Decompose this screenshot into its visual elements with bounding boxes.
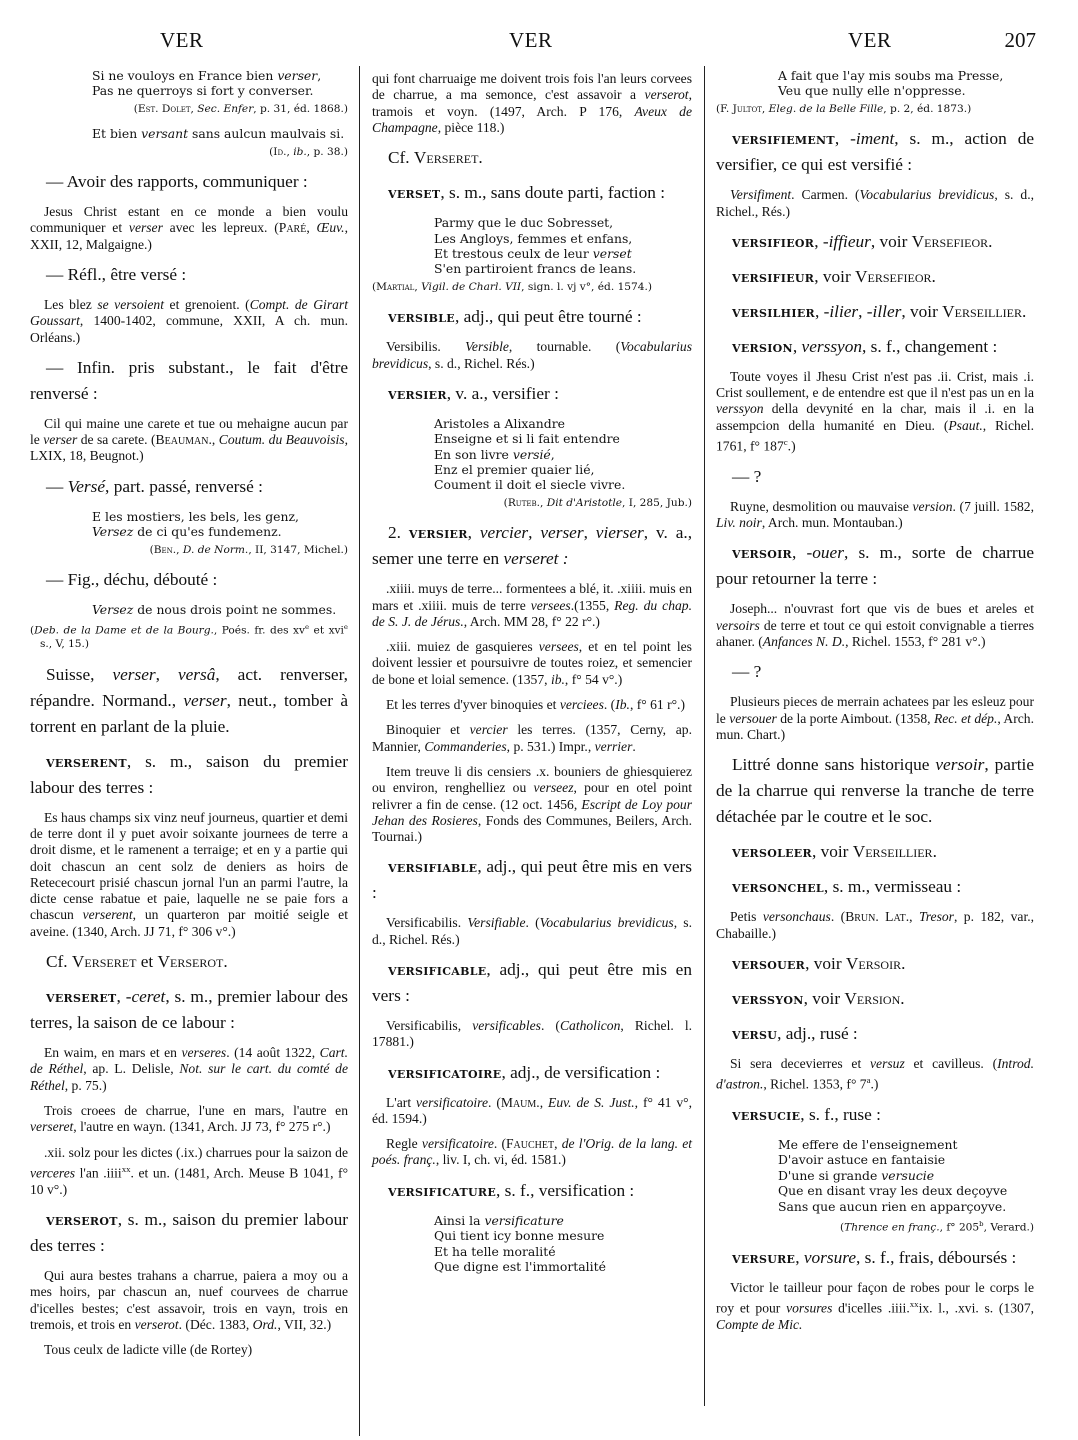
text-run: et xvi <box>309 625 344 637</box>
text-run: Toute voyes il Jhesu Crist n'est pas .ii… <box>716 369 1034 400</box>
citation: Ruyne, desmolition ou mauvaise version. … <box>716 499 1034 532</box>
italic-text: versant <box>141 126 188 141</box>
text-run: En waim, en mars et en <box>44 1045 181 1060</box>
text-run: . <box>223 952 227 971</box>
text-run: , <box>835 129 850 148</box>
citation: Versificabilis, versificables. (Catholic… <box>372 1018 692 1051</box>
text-run: , <box>814 232 823 251</box>
text-run: , pièce 118.) <box>438 120 505 135</box>
text-run: et grenoient. ( <box>164 297 250 312</box>
text-run: Et les terres d'yver binoquies et <box>386 697 560 712</box>
italic-text: Eleg. de la Belle Fille <box>769 103 884 115</box>
definition: VERSONCHEL, s. m., vermisseau : <box>716 874 1034 900</box>
definition: VERSIFICATOIRE, adj., de versification : <box>372 1060 692 1086</box>
italic-text: versuz <box>870 1056 905 1071</box>
cross-reference: Versefieor <box>855 267 932 286</box>
citation: Les blez se versoient et grenoient. (Com… <box>30 297 348 346</box>
text-run: Que digne est l'immortalité <box>434 1259 606 1274</box>
column-left: Si ne vouloys en France bien verser,Pas … <box>30 64 348 1367</box>
text-run: , <box>815 302 824 321</box>
source-reference: (Id., ib., p. 38.) <box>30 146 348 159</box>
text-run: , s. f., frais, déboursés : <box>856 1248 1016 1267</box>
text-run: , adj., qui peut être tourné : <box>455 307 642 326</box>
italic-text: -iller <box>867 302 902 321</box>
text-run: , <box>540 497 547 509</box>
text-run: — Fig., déchu, débouté : <box>46 570 217 589</box>
italic-text: vercier <box>470 722 508 737</box>
headword: VERSET <box>388 183 440 202</box>
text-run: Enz el premier quaier lié, <box>434 462 594 477</box>
text-run: Joseph... n'ouvrast fort que vis de bues… <box>730 601 1034 616</box>
cross-reference: Brun. Lat. <box>845 909 909 924</box>
verse-line: Parmy que le duc Sobresset, <box>434 215 692 230</box>
citation: .xiiii. muys de terre... formentees a bl… <box>372 581 692 630</box>
headword: VERSIFIEUR <box>732 267 814 286</box>
text-run: Ainsi la <box>434 1213 484 1228</box>
text-run: . ( <box>831 909 845 924</box>
text-run: En son livre <box>434 447 513 462</box>
definition: — Versé, part. passé, renversé : <box>30 474 348 500</box>
cross-reference: Ruteb. <box>508 497 540 509</box>
superscript: e <box>344 623 348 631</box>
text-run: , <box>795 1248 804 1267</box>
definition: VERSET, s. m., sans doute parti, faction… <box>372 180 692 206</box>
italic-text: verserot <box>135 1317 179 1332</box>
headword: VERSIFICABLE <box>388 960 486 979</box>
italic-text: Sec. Enfer <box>197 103 253 115</box>
citation: Versifiment. Carmen. (Vocabularius brevi… <box>716 187 1034 220</box>
column-middle: qui font charruaige me doivent trois foi… <box>372 64 692 1278</box>
text-run: , Arch. mun. Montauban.) <box>762 515 903 530</box>
italic-text: ib. <box>551 672 565 687</box>
verse-line: Sans que aucun rien en apparçoyve. <box>778 1199 1034 1214</box>
cross-reference: Maum. <box>501 1095 540 1110</box>
source-reference: (Deb. de la Dame et de la Bourg., Poés. … <box>30 621 348 651</box>
text-run: , <box>317 68 321 83</box>
text-run: Qui tient icy bonne mesure <box>434 1228 604 1243</box>
italic-text: versees <box>531 598 571 613</box>
italic-text: Thrence en franç. <box>844 1221 940 1233</box>
italic-text: se versoient <box>97 297 164 312</box>
definition: VERSIFIEOR, -iffieur, voir Versefieor. <box>716 229 1034 255</box>
cross-reference: Verseret <box>72 952 136 971</box>
verse-quotation: Si ne vouloys en France bien verser,Pas … <box>30 68 348 99</box>
italic-text: Commanderies <box>424 739 506 754</box>
citation: Et les terres d'yver binoquies et vercie… <box>372 697 692 713</box>
text-run: Si ne vouloys en France bien <box>92 68 277 83</box>
text-run: . <box>1022 302 1026 321</box>
italic-text: verser <box>112 665 155 684</box>
text-run: Parmy que le duc Sobresset, <box>434 215 613 230</box>
italic-text: vierser <box>596 523 644 542</box>
italic-text: versificatoire <box>416 1095 488 1110</box>
verse-line: D'une si grande versucie <box>778 1168 1034 1183</box>
verse-quotation: Versez de nous drois point ne sommes. <box>30 602 348 617</box>
verse-line: Et bien versant sans aulcun maulvais si. <box>92 126 348 141</box>
source-reference: (Ben., D. de Norm., II, 3147, Michel.) <box>30 544 348 557</box>
text-run: , f° 205 <box>940 1221 980 1233</box>
italic-text: Dit d'Aristotle <box>547 497 622 509</box>
text-run: Veu que nully elle n'oppresse. <box>778 83 966 98</box>
citation: Cil qui maine une carete et tue ou mehai… <box>30 416 348 465</box>
text-run: Tous ceulx de ladicte ville (de Rortey) <box>44 1342 252 1357</box>
verse-quotation: Et bien versant sans aulcun maulvais si. <box>30 126 348 141</box>
citation: qui font charruaige me doivent trois foi… <box>372 71 692 136</box>
cross-reference: Id. <box>273 146 286 158</box>
headword: VERSOLEER <box>732 842 812 861</box>
italic-text: Œuv. <box>317 220 345 235</box>
verse-line: D'avoir astuce en fantaisie <box>778 1152 1034 1167</box>
definition: VERSIFIABLE, adj., qui peut être mis en … <box>372 854 692 906</box>
text-run: . <box>632 739 635 754</box>
text-run: — Infin. pris substant., le fait d'être … <box>30 358 348 403</box>
italic-text: verceres <box>30 1165 75 1180</box>
text-run: Pas ne querroys si fort y converser. <box>92 83 313 98</box>
text-run: avec les lepreux. ( <box>163 220 279 235</box>
italic-text: Compte de Mic. <box>716 1317 802 1332</box>
text-run: .) <box>788 439 796 454</box>
text-run: , <box>117 987 126 1006</box>
text-run: , Poés. fr. des xv <box>214 625 305 637</box>
definition: — Avoir des rapports, communiquer : <box>30 169 348 195</box>
verse-line: En son livre versié, <box>434 447 692 462</box>
text-run: . ( <box>541 1018 560 1033</box>
citation: Trois croees de charrue, l'une en mars, … <box>30 1103 348 1136</box>
text-run: s., V, 15.) <box>40 638 89 650</box>
definition: VERSU, adj., rusé : <box>716 1021 1034 1047</box>
definition: VERSIBLE, adj., qui peut être tourné : <box>372 304 692 330</box>
text-run: , l'autre en wayn. (1341, Arch. JJ 73, f… <box>73 1119 330 1134</box>
column-divider <box>704 66 705 1406</box>
definition: Suisse, verser, versâ, act. renverser, r… <box>30 662 348 740</box>
text-run: , s. m., vermisseau : <box>824 877 961 896</box>
text-run: Coument il doit el siecle vivre. <box>434 477 625 492</box>
text-run: Regle <box>386 1136 422 1151</box>
citation: Item treuve li dis censiers .x. bouniers… <box>372 764 692 845</box>
definition: VERSIFICABLE, adj., qui peut être mis en… <box>372 957 692 1009</box>
text-run: . (14 août 1322, <box>226 1045 319 1060</box>
text-run: Et trestous ceulx de leur <box>434 246 593 261</box>
page-header: VER VER VER 207 <box>0 28 1078 58</box>
text-run: , <box>584 523 596 542</box>
cross-reference: Fauchet <box>506 1136 554 1151</box>
text-run: de la porte Aimbout. (1358, <box>777 711 934 726</box>
text-run: (F. <box>716 103 733 115</box>
italic-text: Liv. noir <box>716 515 762 530</box>
definition: Littré donne sans historique versoir, pa… <box>716 752 1034 830</box>
text-run: , voir <box>901 302 942 321</box>
text-run: . <box>933 842 937 861</box>
text-run: de nous drois point ne sommes. <box>133 602 336 617</box>
italic-text: Vocabularius brevidicus <box>860 187 995 202</box>
headword: VERSERENT <box>46 752 127 771</box>
cross-reference: Ben. <box>154 544 176 556</box>
text-run: . <box>988 232 992 251</box>
italic-text: verseez <box>534 780 574 795</box>
verse-quotation: Me effere de l'enseignementD'avoir astuc… <box>716 1137 1034 1214</box>
column-right: A fait que l'ay mis soubs ma Presse,Veu … <box>716 64 1034 1342</box>
text-run: D'avoir astuce en fantaisie <box>778 1152 945 1167</box>
italic-text: -ilier <box>824 302 859 321</box>
definition: VERSURE, vorsure, s. f., frais, déboursé… <box>716 1245 1034 1271</box>
text-run: de sa carete. ( <box>77 432 155 447</box>
definition: VERSION, verssyon, s. f., changement : <box>716 334 1034 360</box>
cross-reference: Beauman. <box>156 432 212 447</box>
text-run: — Avoir des rapports, communiquer : <box>46 172 308 191</box>
italic-text: versoirs <box>716 618 760 633</box>
definition: 2. VERSIER, vercier, verser, vierser, v.… <box>372 520 692 572</box>
running-head-center: VER <box>509 28 553 53</box>
text-run: , s. f., ruse : <box>800 1105 881 1124</box>
citation: En waim, en mars et en verseres. (14 aoû… <box>30 1045 348 1094</box>
text-run: , <box>551 447 555 462</box>
citation: .xii. solz pour les dictes (.ix.) charru… <box>30 1145 348 1198</box>
definition: VERSOIR, -ouer, s. m., sorte de charrue … <box>716 540 1034 592</box>
column-divider <box>359 66 360 1436</box>
text-run: , part. passé, renversé : <box>105 477 263 496</box>
headword: VERSURE <box>732 1248 795 1267</box>
italic-text: Catholicon <box>560 1018 620 1033</box>
text-run: , Richel. 1353, f° 7 <box>763 1077 866 1092</box>
italic-text: -ceret <box>126 987 166 1006</box>
text-run: — ? <box>732 662 761 681</box>
italic-text: verseret : <box>503 549 568 568</box>
cross-reference: Verseillier <box>942 302 1022 321</box>
verse-line: Qui tient icy bonne mesure <box>434 1228 692 1243</box>
cross-reference: Paré <box>279 220 307 235</box>
italic-text: Tresor <box>919 909 954 924</box>
text-run: et cavilleus. ( <box>905 1056 997 1071</box>
text-run: , s. m., sans doute parti, faction : <box>440 183 665 202</box>
text-run: Versificabilis. <box>386 915 467 930</box>
italic-text: Versez <box>92 524 133 539</box>
definition: VERSIFICATURE, s. f., versification : <box>372 1178 692 1204</box>
headword: VERSSYON <box>732 989 804 1008</box>
definition: VERSEROT, s. m., saison du premier labou… <box>30 1207 348 1259</box>
text-run: , <box>156 665 178 684</box>
headword: VERSOUER <box>732 954 805 973</box>
text-run: , ap. L. Delisle, <box>83 1061 179 1076</box>
cross-reference: Versefieor <box>912 232 989 251</box>
italic-text: -iffieur <box>823 232 871 251</box>
italic-text: verssyon <box>716 401 764 416</box>
citation: Qui aura bestes trahans a charrue, paier… <box>30 1268 348 1333</box>
italic-text: Rec. et dép. <box>934 711 997 726</box>
definition: VERSIFIEMENT, -iment, s. m., action de v… <box>716 126 1034 178</box>
source-reference: (Ruteb., Dit d'Aristotle, I, 285, Jub.) <box>372 497 692 510</box>
text-run: , voir <box>804 989 845 1008</box>
text-run: , sign. l. vj v°, éd. 1574.) <box>521 281 652 293</box>
italic-text: vorsure <box>804 1248 856 1267</box>
text-run: , adj., rusé : <box>777 1024 858 1043</box>
text-run: d'icelles .iiii. <box>832 1301 909 1316</box>
text-run: . <box>901 954 905 973</box>
text-run: . ( <box>494 1136 506 1151</box>
text-run: , <box>792 543 807 562</box>
text-run: Cf. <box>388 148 414 167</box>
text-run: . (7 juill. 1582, <box>953 499 1034 514</box>
text-run: , Richel. 1553, f° 281 v°.) <box>845 634 985 649</box>
text-run: Es haus champs six vinz neuf journeus, q… <box>30 810 348 923</box>
text-run: Petis <box>730 909 763 924</box>
text-run: , s. d., Richel. Rés.) <box>428 356 534 371</box>
text-run: , voir <box>871 232 912 251</box>
italic-text: verciees <box>560 697 604 712</box>
definition: VERSIFIEUR, voir Versefieor. <box>716 264 1034 290</box>
italic-text: verseret <box>30 1119 73 1134</box>
verse-line: Ainsi la versificature <box>434 1213 692 1228</box>
headword: VERSIFIEMENT <box>732 129 835 148</box>
text-run: . (Déc. 1383, <box>179 1317 253 1332</box>
citation: Toute voyes il Jhesu Crist n'est pas .ii… <box>716 369 1034 455</box>
text-run: Littré donne sans historique <box>732 755 935 774</box>
verse-line: Me effere de l'enseignement <box>778 1137 1034 1152</box>
text-run: , <box>554 1136 562 1151</box>
text-run: S'en partiroient francs de leans. <box>434 261 636 276</box>
running-head-left: VER <box>160 28 204 53</box>
verse-line: A fait que l'ay mis soubs ma Presse, <box>778 68 1034 83</box>
cross-reference: Martial <box>376 281 414 293</box>
text-run: . <box>932 267 936 286</box>
headword: VERSIFIABLE <box>388 857 477 876</box>
verse-line: Que digne est l'immortalité <box>434 1259 692 1274</box>
text-run: , s. f., changement : <box>862 337 997 356</box>
headword: VERSEROT <box>46 1210 118 1229</box>
headword: VERSILHIER <box>732 302 815 321</box>
verse-quotation: Aristoles a AlixandreEnseigne et si li f… <box>372 416 692 493</box>
definition: VERSERENT, s. m., saison du premier labo… <box>30 749 348 801</box>
headword: VERSOIR <box>732 543 792 562</box>
verse-quotation: E les mostiers, les bels, les genz,Verse… <box>30 509 348 540</box>
cross-reference: Versoir <box>846 954 901 973</box>
text-run: , p. 75.) <box>65 1078 107 1093</box>
verse-line: Si ne vouloys en France bien verser, <box>92 68 348 83</box>
text-run: , <box>858 302 867 321</box>
italic-text: Versifiment <box>730 187 791 202</box>
headword: VERSIBLE <box>388 307 455 326</box>
text-run: , <box>212 432 219 447</box>
verse-quotation: Ainsi la versificatureQui tient icy bonn… <box>372 1213 692 1275</box>
italic-text: versucie <box>881 1168 934 1183</box>
definition: — Fig., déchu, débouté : <box>30 567 348 593</box>
verse-line: Pas ne querroys si fort y converser. <box>92 83 348 98</box>
superscript: xx <box>122 1164 131 1174</box>
verse-line: Veu que nully elle n'oppresse. <box>778 83 1034 98</box>
citation: Plusieurs pieces de merrain achatees par… <box>716 694 1034 743</box>
italic-text: ib. <box>293 146 307 158</box>
text-run: , Arch. MM 28, f° 22 r°.) <box>464 614 600 629</box>
italic-text: verserot <box>645 87 689 102</box>
citation: Tous ceulx de ladicte ville (de Rortey) <box>30 1342 348 1358</box>
text-run: , II, 3147, Michel.) <box>248 544 348 556</box>
italic-text: versificables <box>472 1018 541 1033</box>
verse-line: Enz el premier quaier lié, <box>434 462 692 477</box>
source-reference: (Thrence en franç., f° 205b, Verard.) <box>716 1218 1034 1235</box>
italic-text: Vigil. de Charl. VII <box>421 281 521 293</box>
definition: — ? <box>716 659 1034 685</box>
verse-line: Aristoles a Alixandre <box>434 416 692 431</box>
text-run: — Réfl., être versé : <box>46 265 186 284</box>
text-run: .xiii. muiez de gasquieres <box>386 639 539 654</box>
headword: VERSUCIE <box>732 1105 800 1124</box>
italic-text: verssyon <box>802 337 862 356</box>
italic-text: Versifiable <box>467 915 525 930</box>
italic-text: vercier <box>480 523 528 542</box>
text-run: , f° 54 v°.) <box>565 672 622 687</box>
text-run: , v. a., versifier : <box>447 384 559 403</box>
citation: Es haus champs six vinz neuf journeus, q… <box>30 810 348 940</box>
headword: VERSIFICATURE <box>388 1181 496 1200</box>
text-run: — ? <box>732 467 761 486</box>
italic-text: verser <box>183 691 226 710</box>
citation: Petis versonchaus. (Brun. Lat., Tresor, … <box>716 909 1034 942</box>
text-run: , <box>468 523 480 542</box>
cross-reference: Jultot <box>733 103 762 115</box>
definition: VERSIER, v. a., versifier : <box>372 381 692 407</box>
text-run: D'une si grande <box>778 1168 881 1183</box>
italic-text: verseres <box>181 1045 226 1060</box>
definition: Cf. Verseret et Verserot. <box>30 949 348 975</box>
italic-text: verser <box>43 432 77 447</box>
text-run: , p. 31, éd. 1868.) <box>253 103 348 115</box>
text-run: . ( <box>525 915 539 930</box>
verse-line: E les mostiers, les bels, les genz, <box>92 509 348 524</box>
text-run: . ( <box>604 697 615 712</box>
verse-quotation: Parmy que le duc Sobresset,Les Angloys, … <box>372 215 692 277</box>
italic-text: versâ <box>178 665 215 684</box>
citation: Binoquier et vercier les terres. (1357, … <box>372 722 692 755</box>
definition: — Réfl., être versé : <box>30 262 348 288</box>
italic-text: Versez <box>92 602 133 617</box>
text-run: , s. f., versification : <box>496 1181 634 1200</box>
text-run: l'an .iiii <box>75 1165 122 1180</box>
text-run: , <box>176 544 183 556</box>
text-run: A fait que l'ay mis soubs ma Presse, <box>778 68 1003 83</box>
text-run: et <box>136 952 157 971</box>
headword: VERSIFICATOIRE <box>388 1063 501 1082</box>
italic-text: versees <box>539 639 579 654</box>
text-run: Ruyne, desmolition ou mauvaise <box>730 499 913 514</box>
citation: Jesus Christ estant en ce monde a bien v… <box>30 204 348 253</box>
text-run: , <box>540 1095 548 1110</box>
definition: — Infin. pris substant., le fait d'être … <box>30 355 348 407</box>
text-run: Et bien <box>92 126 141 141</box>
cross-reference: Verserot <box>158 952 224 971</box>
definition: Cf. Verseret. <box>372 145 692 171</box>
text-run: Enseigne et si li fait entendre <box>434 431 620 446</box>
text-run: Trois croees de charrue, l'une en mars, … <box>44 1103 348 1118</box>
definition: VERSUCIE, s. f., ruse : <box>716 1102 1034 1128</box>
text-run: .(1355, <box>571 598 614 613</box>
definition: VERSSYON, voir Version. <box>716 986 1034 1012</box>
text-run: , p. 2, éd. 1873.) <box>883 103 971 115</box>
text-run: — <box>46 477 68 496</box>
italic-text: vorsures <box>786 1301 832 1316</box>
italic-text: Psaut. <box>948 418 982 433</box>
definition: VERSERET, -ceret, s. m., premier labour … <box>30 984 348 1036</box>
italic-text: Versible <box>465 339 509 354</box>
text-run: E les mostiers, les bels, les genz, <box>92 509 299 524</box>
text-run: , <box>528 523 540 542</box>
headword: VERSERET <box>46 987 117 1006</box>
italic-text: verset <box>593 246 632 261</box>
italic-text: versoir <box>935 755 984 774</box>
italic-text: Euv. de S. Just. <box>548 1095 635 1110</box>
citation: Si sera decevierres et versuz et caville… <box>716 1056 1034 1093</box>
text-run: sans aulcun maulvais si. <box>188 126 344 141</box>
text-run: L'art <box>386 1095 416 1110</box>
text-run: Versibilis. <box>386 339 465 354</box>
